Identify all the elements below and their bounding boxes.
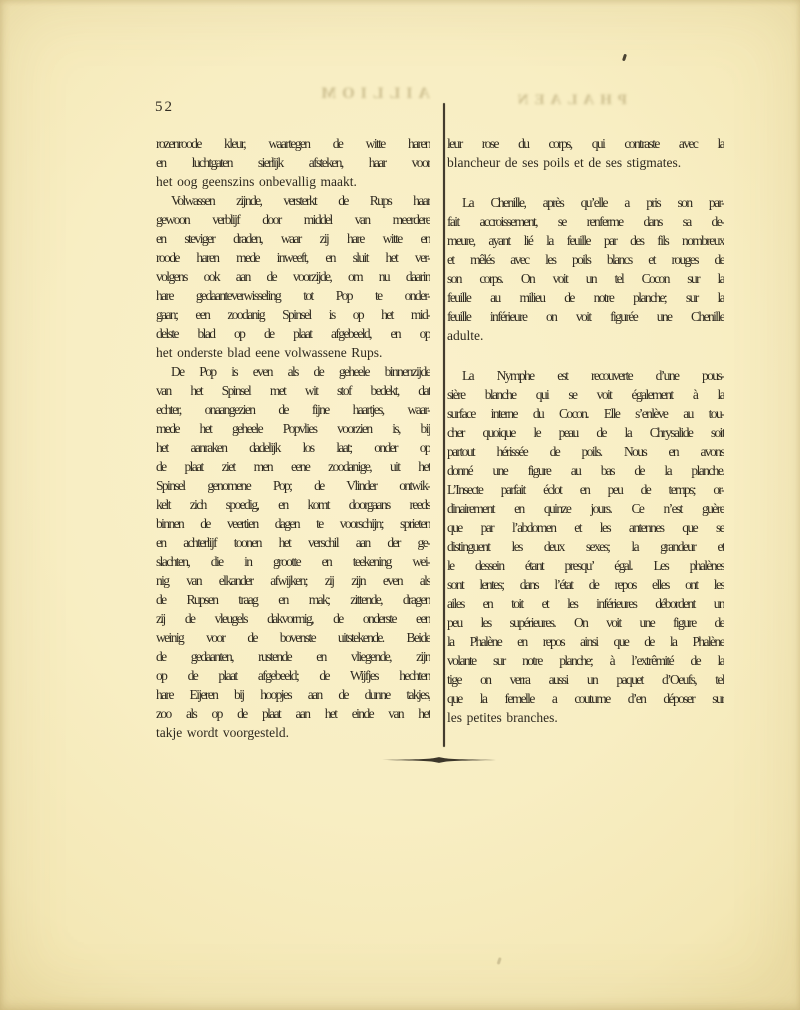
text-line: donné une figure au bas de la planche. <box>447 461 724 480</box>
text-line: feuille au milieu de notre planche; sur … <box>447 288 724 307</box>
bleedthrough-ghost-text-left: AILLIOM <box>250 85 430 103</box>
text-line: que par l’abdomen et les antennes que se <box>447 518 724 537</box>
text-line: slachten, die in grootte en teekening we… <box>156 552 430 571</box>
text-line: weinig voor de bovenste uitstekende. Bei… <box>156 628 430 647</box>
text-line: son corps. On voit un tel Cocon sur la <box>447 269 724 288</box>
text-line: gaan; een zoodanig Spinsel is op het mid… <box>156 305 430 324</box>
text-line: partout hérissée de poils. Nous en avons <box>447 442 724 461</box>
text-line: blancheur de ses poils et de ses stigmat… <box>447 153 724 172</box>
text-line: que la femelle a coutume d’en déposer su… <box>447 689 724 708</box>
text-line: fait accroissement, se renferme dans sa … <box>447 212 724 231</box>
text-line: echter, onaangezien de fijne haartjes, w… <box>156 400 430 419</box>
french-text-column: leur rose du corps, qui contraste avec l… <box>447 134 724 727</box>
text-line: binnen de veertien dagen te voorschijn; … <box>156 514 430 533</box>
text-line: nig van elkander afwijken; zij zijn even… <box>156 571 430 590</box>
text-line: les petites branches. <box>447 708 724 727</box>
text-line: la Phalène en repos ainsi que de la Phal… <box>447 632 724 651</box>
text-line: leur rose du corps, qui contraste avec l… <box>447 134 724 153</box>
text-line: hare gedaanteverwisseling tot Pop te ond… <box>156 286 430 305</box>
text-line: zij de vleugels dakvormig, de onderste e… <box>156 609 430 628</box>
text-line: en steviger draden, waar zij hare witte … <box>156 229 430 248</box>
text-line: zoo als op de plaat aan het einde van he… <box>156 704 430 723</box>
text-line: takje wordt voorgesteld. <box>156 723 430 742</box>
text-line: en luchtgaten sierlijk afsteken, haar vo… <box>156 153 430 172</box>
text-line: cher quoique le peau de la Chrysalide so… <box>447 423 724 442</box>
text-line: het oog geenszins onbevallig maakt. <box>156 172 430 191</box>
text-line: et mêlés avec les poils blancs et rouges… <box>447 250 724 269</box>
text-line: van het Spinsel met wit stof bedekt, dat <box>156 381 430 400</box>
text-line: de gedaanten, rustende en vliegende, zij… <box>156 647 430 666</box>
text-line: La Chenille, après qu’elle a pris son pa… <box>447 193 724 212</box>
text-line: Spinsel genomene Pop; de Vlinder ontwik- <box>156 476 430 495</box>
page-number: 52 <box>155 99 174 116</box>
text-line: le dessein étant presqu’ égal. Les phalè… <box>447 556 724 575</box>
text-line: ailes en toit et les inférieures déborde… <box>447 594 724 613</box>
text-line: De Pop is even als de geheele binnenzijd… <box>156 362 430 381</box>
dutch-text-column: rozenroode kleur, waartegen de witte har… <box>156 134 430 742</box>
column-divider-rule <box>443 103 445 747</box>
section-divider-ornament <box>382 755 496 765</box>
text-line: tige on verra aussi un paquet d’Oeufs, t… <box>447 670 724 689</box>
text-line: La Nymphe est recouverte d’une pous- <box>447 366 724 385</box>
text-line: roode haren mede inweeft, en sluit het v… <box>156 248 430 267</box>
bleedthrough-ghost-text-right: PHALAEN <box>452 92 627 109</box>
text-line: kelt zich spoedig, en komt doorgaans ree… <box>156 495 430 514</box>
text-line: mede het geheele Popvlies voorzien is, b… <box>156 419 430 438</box>
text-line: hare Eijeren bij hoopjes aan de dunne ta… <box>156 685 430 704</box>
text-line: surface interne du Cocon. Elle s’enlève … <box>447 404 724 423</box>
text-line: op de plaat afgebeeld; de Wijfjes hechte… <box>156 666 430 685</box>
ink-speck <box>622 54 627 62</box>
text-line: de plaat ziet men eene zoodanige, uit he… <box>156 457 430 476</box>
text-line: sière blanche qui se voit également à la <box>447 385 724 404</box>
text-line: Volwassen zijnde, versterkt de Rups haar <box>156 191 430 210</box>
text-line: volgens ook aan de voorzijde, om nu daar… <box>156 267 430 286</box>
text-line: sont lentes; dans l’état de repos elles … <box>447 575 724 594</box>
text-line: de Rupsen traag en mak; zittende, dragen <box>156 590 430 609</box>
text-line: en achterlijf toonen het verschil aan de… <box>156 533 430 552</box>
text-line: feuille inférieure on voit figurée une C… <box>447 307 724 326</box>
text-line: het onderste blad eene volwassene Rups. <box>156 343 430 362</box>
text-line: adulte. <box>447 326 724 345</box>
text-line: delste blad op de plaat afgebeeld, en op <box>156 324 430 343</box>
text-line: het aanraken dadelijk los laat; onder op <box>156 438 430 457</box>
text-line: gewoon verblijf door middel van meerdere <box>156 210 430 229</box>
text-line: volante sur notre planche; à l’extrêmité… <box>447 651 724 670</box>
text-line: distinguent les deux sexes; la grandeur … <box>447 537 724 556</box>
text-line: dinairement en quinze jours. Ce n’est gu… <box>447 499 724 518</box>
text-line: peu les supérieures. On voit une figure … <box>447 613 724 632</box>
text-line: rozenroode kleur, waartegen de witte har… <box>156 134 430 153</box>
book-page-scan: AILLIOM PHALAEN 52 rozenroode kleur, waa… <box>0 0 800 1010</box>
text-line: L’Insecte parfait éclot en peu de temps;… <box>447 480 724 499</box>
text-line: meure, ayant lié la feuille par des fils… <box>447 231 724 250</box>
